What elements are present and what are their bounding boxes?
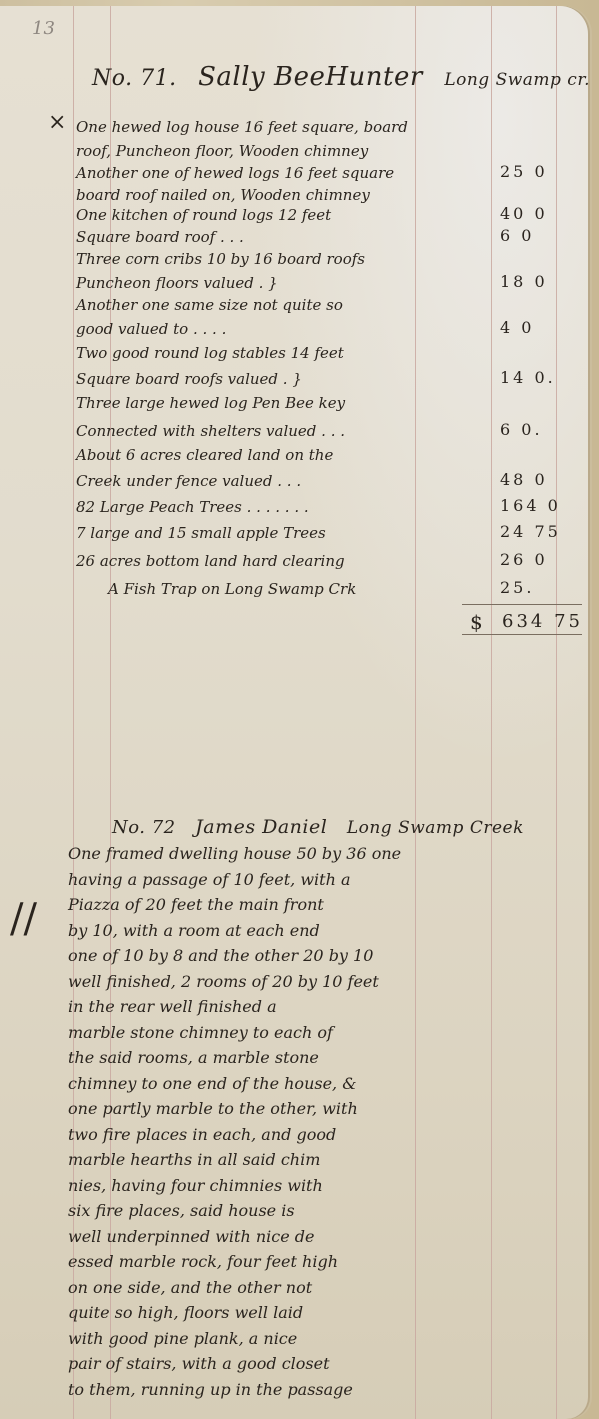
line-text: Another one same size not quite so [76,296,343,314]
line-text: essed marble rock, four feet high [68,1252,338,1271]
line-text: roof, Puncheon floor, Wooden chimney [76,142,368,160]
entry-number: No. 71. [92,66,177,91]
ledger-book: 13 No. 71. Sally BeeHunter Long Swamp cr… [0,0,599,1419]
line-text: in the rear well finished a [68,997,277,1016]
line-text: on one side, and the other not [68,1278,312,1297]
line-text: marble stone chimney to each of [68,1023,333,1042]
line-text: quite so high, floors well laid [68,1303,303,1322]
line-text: Creek under fence valued . . . [76,472,301,490]
cross-mark: × [48,110,66,135]
line-text: One hewed log house 16 feet square, boar… [76,118,408,136]
line-amount: 6 0. [500,420,580,439]
line-text: one of 10 by 8 and the other 20 by 10 [68,946,373,965]
line-text: One framed dwelling house 50 by 36 one [68,844,401,863]
entry-place: Long Swamp Creek [347,818,524,838]
line-text: marble hearths in all said chim [68,1150,320,1169]
line-text: Piazza of 20 feet the main front [68,895,324,914]
line-amount: 18 0 [500,272,580,291]
entry-71-total: 634 75 [502,611,582,632]
ledger-page: 13 No. 71. Sally BeeHunter Long Swamp cr… [0,6,588,1419]
total-rule [462,634,582,635]
line-amount: 26 0 [500,550,580,569]
line-text: with good pine plank, a nice [68,1329,297,1348]
line-amount: 24 75 [500,522,580,541]
line-amount: 4 0 [500,318,580,337]
line-text: One kitchen of round logs 12 feet [76,206,331,224]
line-text: Connected with shelters valued . . . [76,422,345,440]
line-text: the said rooms, a marble stone [68,1048,319,1067]
entry-72-heading: No. 72 James Daniel Long Swamp Creek [112,814,524,839]
line-text: well finished, 2 rooms of 20 by 10 feet [68,972,379,991]
line-text: Two good round log stables 14 feet [76,344,344,362]
line-text: 82 Large Peach Trees . . . . . . . [76,498,309,516]
line-text: Square board roofs valued . } [76,370,302,388]
line-text: board roof nailed on, Wooden chimney [76,186,370,204]
line-text: Three large hewed log Pen Bee key [76,394,345,412]
line-text: one partly marble to the other, with [68,1099,358,1118]
entry-name: James Daniel [195,816,327,838]
line-text: well underpinned with nice de [68,1227,315,1246]
column-rule-1 [415,6,416,1419]
line-text: chimney to one end of the house, & [68,1074,356,1093]
line-amount: 40 0 [500,204,580,223]
line-text: A Fish Trap on Long Swamp Crk [108,580,356,598]
line-amount: 25 0 [500,162,580,181]
line-text: six fire places, said house is [68,1201,295,1220]
line-text: to them, running up in the passage [68,1380,353,1399]
entry-71-heading: No. 71. Sally BeeHunter Long Swamp cr. [92,62,588,92]
line-amount: 164 0 [500,496,580,515]
entry-name: Sally BeeHunter [198,62,423,92]
line-text: good valued to . . . . [76,320,226,338]
line-text: About 6 acres cleared land on the [76,446,333,464]
column-rule-2 [491,6,492,1419]
line-text: Another one of hewed logs 16 feet square [76,164,394,182]
line-text: Square board roof . . . [76,228,244,246]
line-text: Three corn cribs 10 by 16 board roofs [76,250,365,268]
sum-rule [462,604,582,605]
entry-number: No. 72 [112,817,176,838]
line-text: by 10, with a room at each end [68,921,320,940]
line-text: nies, having four chimnies with [68,1176,323,1195]
line-text: Puncheon floors valued . } [76,274,278,292]
dollar-sign: $ [470,610,483,634]
line-amount: 25. [500,578,580,597]
entry-place: Long Swamp cr. [444,70,588,90]
line-amount: 48 0 [500,470,580,489]
line-text: 26 acres bottom land hard clearing [76,552,345,570]
line-amount: 6 0 [500,226,580,245]
double-slash-mark: // [10,896,37,942]
line-text: having a passage of 10 feet, with a [68,870,351,889]
line-text: 7 large and 15 small apple Trees [76,524,326,542]
line-text: pair of stairs, with a good closet [68,1354,330,1373]
line-amount: 14 0. [500,368,580,387]
line-text: two fire places in each, and good [68,1125,336,1144]
folio-number: 13 [32,18,55,39]
